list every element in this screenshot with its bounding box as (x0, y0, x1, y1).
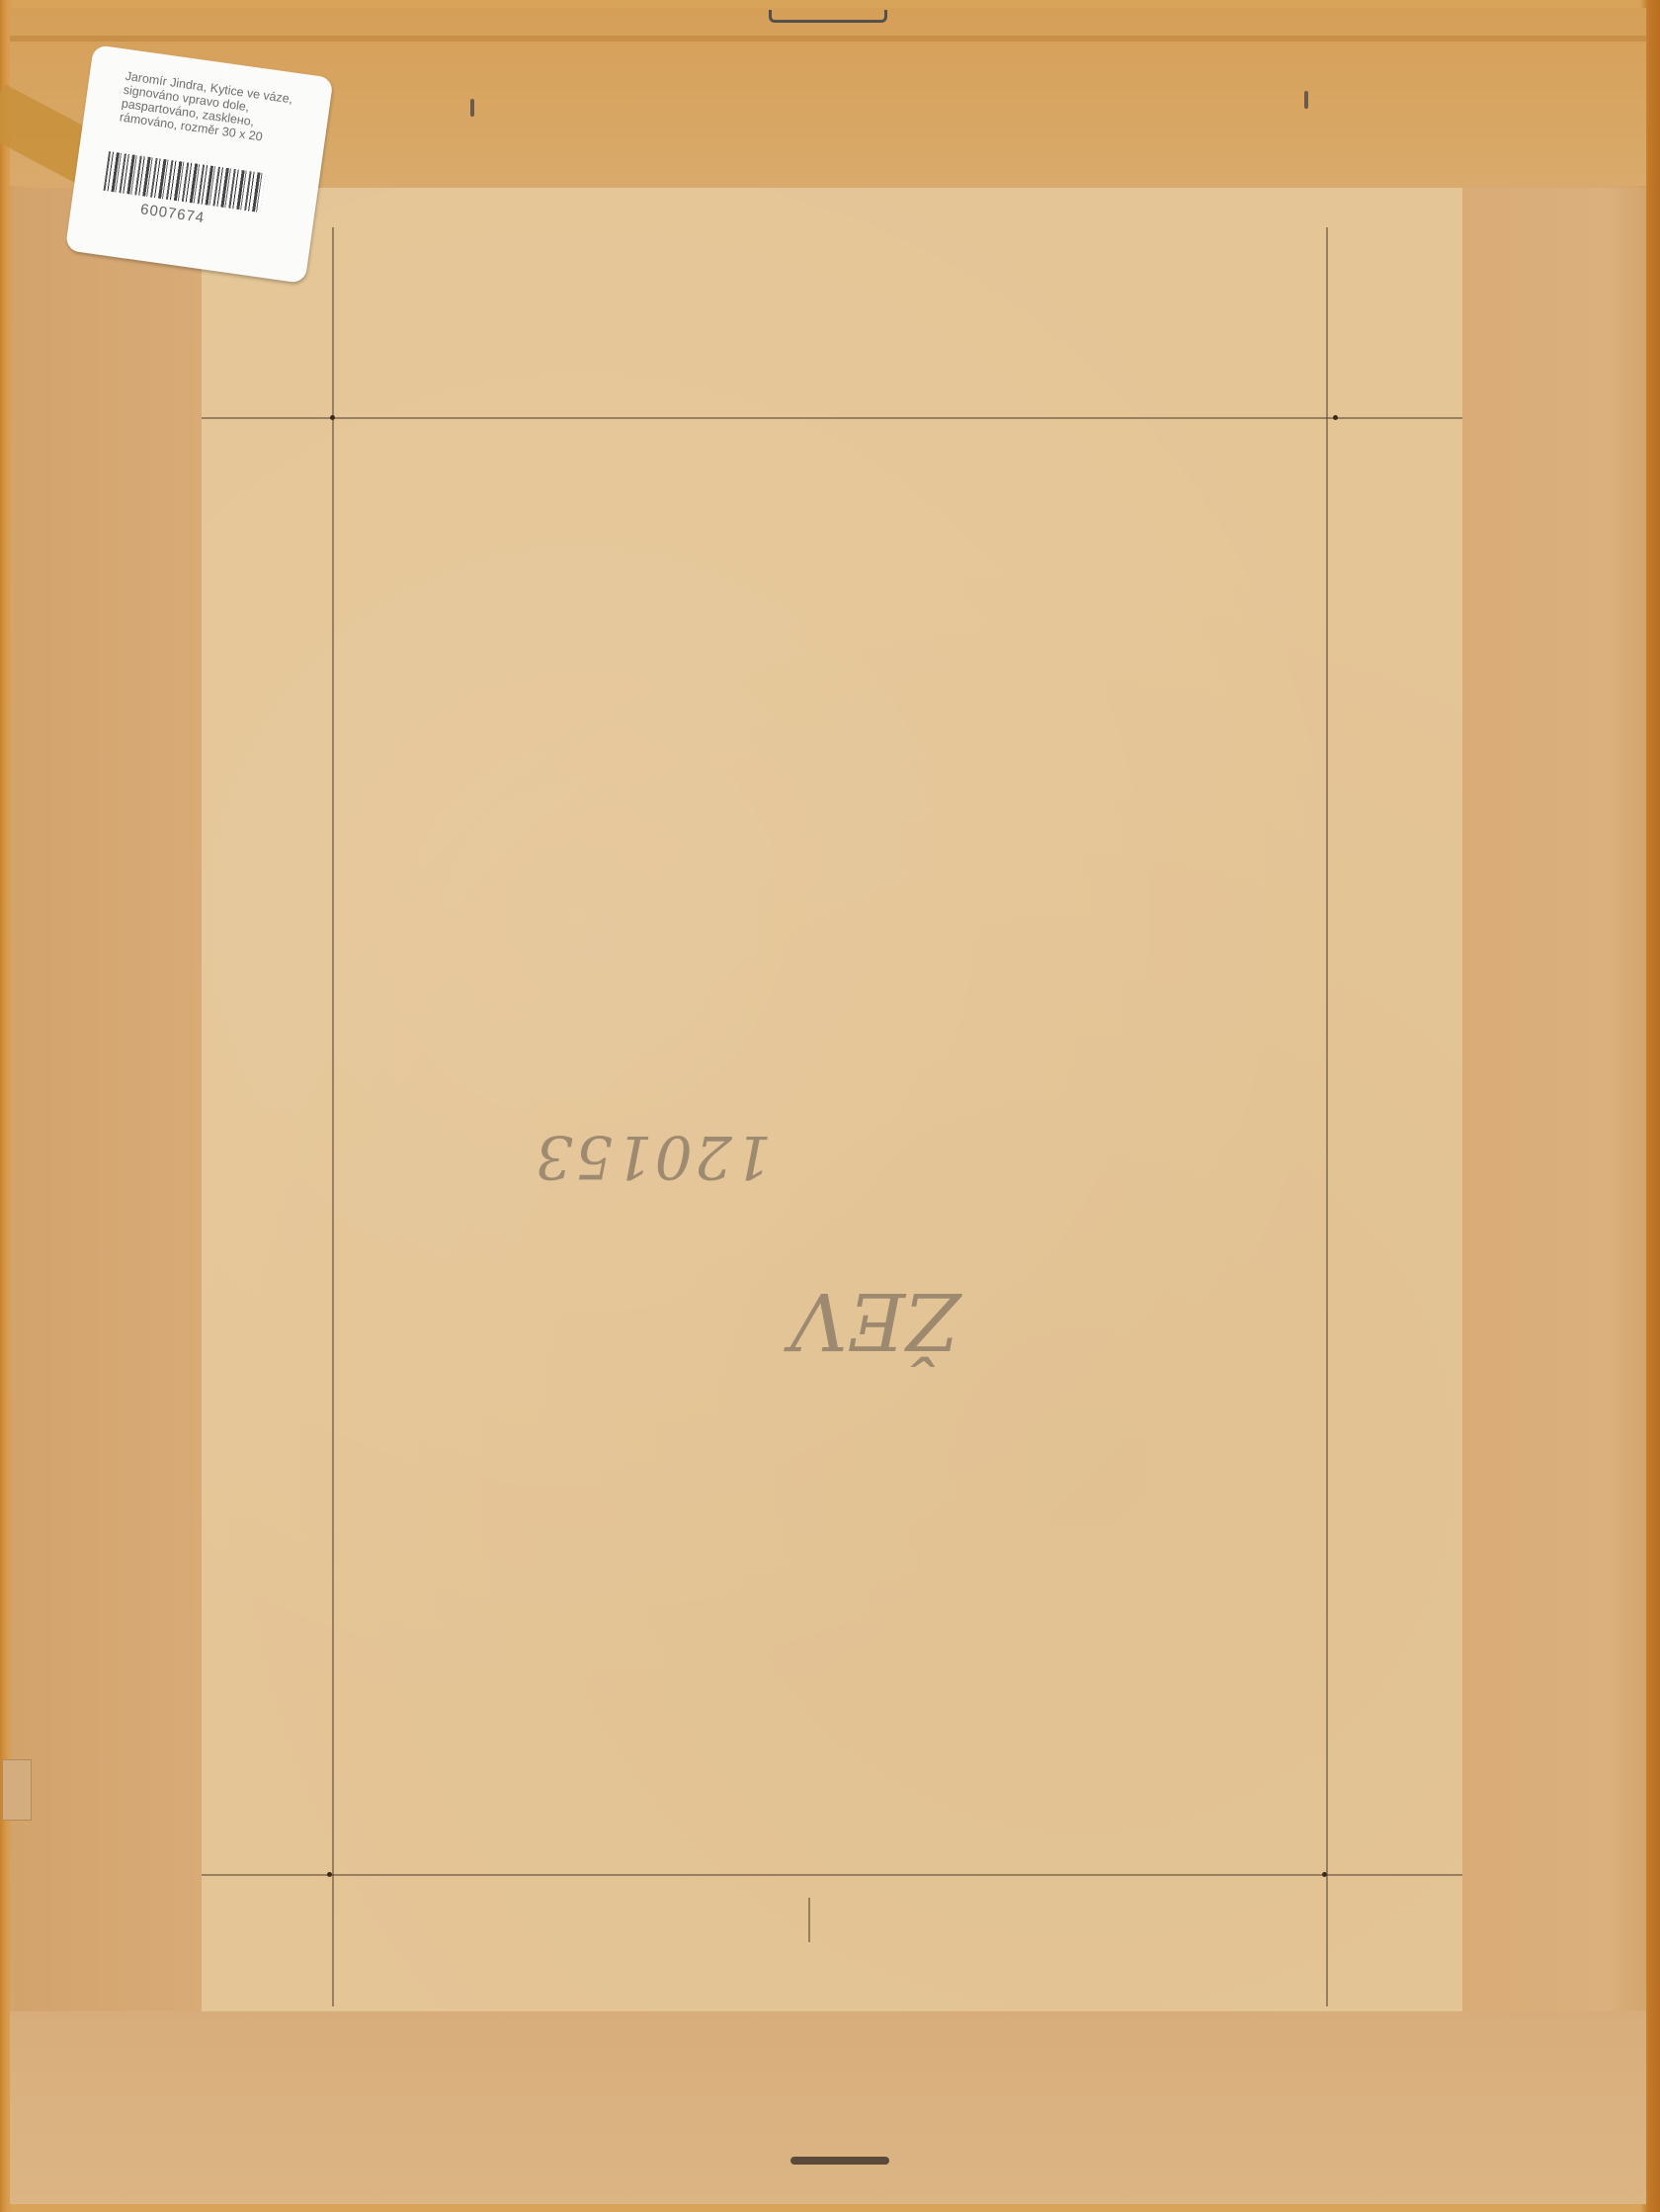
pencil-dot (330, 415, 335, 420)
pencil-dot (1322, 1872, 1327, 1877)
pencil-inventory-number: 120153 (534, 1122, 772, 1191)
hanger-loop-icon (769, 10, 887, 23)
pencil-line-right (1326, 227, 1328, 2006)
pencil-dot (1333, 415, 1338, 420)
inventory-label: Jaromír Jindra, Kytice ve váze, signován… (65, 44, 334, 284)
bottom-paper-band (10, 2011, 1646, 2204)
pencil-initials: ŽEV (790, 1275, 960, 1367)
right-paper-strip (1462, 188, 1645, 2016)
paper-tab (2, 1759, 32, 1821)
pencil-dot (327, 1872, 332, 1877)
pencil-tick (808, 1898, 810, 1942)
nail-icon (1304, 91, 1308, 109)
nail-icon (470, 99, 474, 117)
pencil-line-top (202, 417, 1462, 419)
pencil-line-left (332, 227, 334, 2006)
hanger-flat-icon (790, 2157, 889, 2165)
left-paper-strip (14, 188, 202, 2016)
barcode-number: 6007674 (139, 201, 206, 226)
barcode-icon (104, 151, 266, 213)
label-description: Jaromír Jindra, Kytice ve váze, signován… (119, 69, 322, 151)
pencil-line-bottom (202, 1874, 1462, 1876)
inner-backing-board (202, 188, 1462, 2011)
